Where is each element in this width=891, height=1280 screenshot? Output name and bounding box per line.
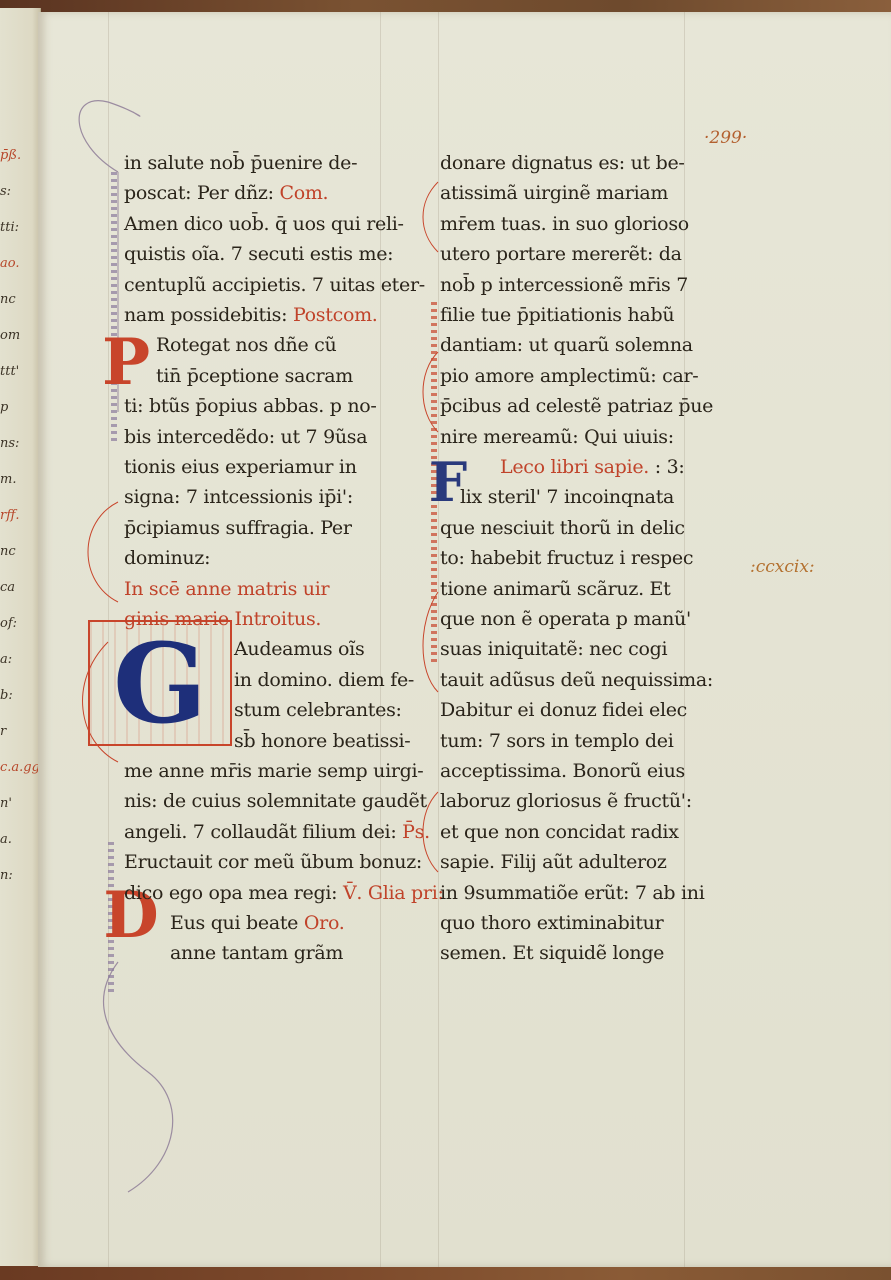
text-line: utero portare mererẽt: da bbox=[440, 243, 682, 265]
line-text: lix steril' 7 incoinqnata bbox=[460, 486, 674, 508]
line-text: et que non concidat radix bbox=[440, 821, 679, 843]
text-line: Audeamus oĩs bbox=[234, 638, 364, 660]
previous-leaf-fragment: s: bbox=[0, 184, 11, 199]
text-line: Amen dico uob̄. q̄ uos qui reli- bbox=[124, 213, 404, 235]
line-text: to: habebit fructuz i respec bbox=[440, 547, 693, 569]
text-line: p̄cipiamus suffragia. Per bbox=[124, 517, 352, 539]
text-line: laboruz gloriosus ẽ fructũ': bbox=[440, 790, 692, 812]
text-line: to: habebit fructuz i respec bbox=[440, 547, 693, 569]
line-text: p̄cibus ad celestẽ patriaz p̄ue bbox=[440, 395, 713, 417]
line-text: nis: de cuius solemnitate gaudẽt bbox=[124, 790, 427, 812]
text-line: tionis eius experiamur in bbox=[124, 456, 357, 478]
previous-leaf-fragment: a. bbox=[0, 832, 12, 847]
line-text: Eus qui beate bbox=[170, 912, 298, 934]
line-text: pio amore amplectimũ: car- bbox=[440, 365, 698, 387]
illuminated-initial-g: G bbox=[88, 620, 232, 746]
text-line: angeli. 7 collaudãt filium dei: P̄s. bbox=[124, 821, 430, 843]
line-text: tauit adũsus deũ nequissima: bbox=[440, 669, 713, 691]
text-line: nis: de cuius solemnitate gaudẽt bbox=[124, 790, 427, 812]
text-line: centuplũ accipietis. 7 uitas eter- bbox=[124, 274, 425, 296]
line-text: laboruz gloriosus ẽ fructũ': bbox=[440, 790, 692, 812]
text-line: in salute nob̄ p̄uenire de- bbox=[124, 152, 357, 174]
line-text: signa: 7 intcessionis ip̄i': bbox=[124, 486, 353, 508]
text-line: p̄cibus ad celestẽ patriaz p̄ue bbox=[440, 395, 713, 417]
text-line: atissimã uirginẽ mariam bbox=[440, 182, 668, 204]
line-text: anne tantam grãm bbox=[170, 942, 343, 964]
text-line: Dabitur ei donuz fidei elec bbox=[440, 699, 687, 721]
line-text: dantiam: ut quarũ solemna bbox=[440, 334, 693, 356]
text-line: in domino. diem fe- bbox=[234, 669, 414, 691]
text-line: tione animarũ scãruz. Et bbox=[440, 578, 670, 600]
line-text: sb̄ honore beatissi- bbox=[234, 730, 410, 752]
line-text: quo thoro extiminabitur bbox=[440, 912, 663, 934]
line-number-marker: : 3: bbox=[649, 456, 684, 478]
line-text: atissimã uirginẽ mariam bbox=[440, 182, 668, 204]
line-text: stum celebrantes: bbox=[234, 699, 402, 721]
text-line: sb̄ honore beatissi- bbox=[234, 730, 410, 752]
rubric-text: V̄. Glia pri: bbox=[337, 882, 443, 904]
previous-leaf-fragment: nc bbox=[0, 292, 16, 307]
line-text: mr̄em tuas. in suo glorioso bbox=[440, 213, 689, 235]
line-text: utero portare mererẽt: da bbox=[440, 243, 682, 265]
line-text: tin̄ p̄ceptione sacram bbox=[156, 365, 353, 387]
previous-leaf-fragment: r bbox=[0, 724, 6, 739]
text-line: tin̄ p̄ceptione sacram bbox=[156, 365, 353, 387]
text-line: ti: btũs p̄opius abbas. p no- bbox=[124, 395, 377, 417]
line-text: Eructauit cor meũ ũbum bonuz: bbox=[124, 851, 422, 873]
text-line: que non ẽ operata p manũ' bbox=[440, 608, 691, 630]
text-line: Rotegat nos dñe cũ bbox=[156, 334, 336, 356]
initial-stripe-decoration bbox=[111, 172, 117, 442]
line-text: semen. Et siquidẽ longe bbox=[440, 942, 664, 964]
previous-leaf-fragment: ns: bbox=[0, 436, 19, 451]
line-text: Audeamus oĩs bbox=[234, 638, 364, 660]
rubric-text: ginis marie Introitus. bbox=[124, 608, 321, 630]
previous-leaf-edge: p̄ß.s:tti:ao.ncomttt'pns:m.rff.nccaof:a:… bbox=[0, 8, 41, 1266]
previous-leaf-fragment: m. bbox=[0, 472, 16, 487]
previous-leaf-fragment: ao. bbox=[0, 256, 19, 271]
text-line: et que non concidat radix bbox=[440, 821, 679, 843]
line-text: tione animarũ scãruz. Et bbox=[440, 578, 670, 600]
text-line: bis intercedẽdo: ut 7 9ũsa bbox=[124, 426, 367, 448]
line-text: dominuz: bbox=[124, 547, 210, 569]
ruling-line bbox=[684, 12, 685, 1267]
illuminated-initial-p: P bbox=[98, 330, 154, 394]
text-line: pio amore amplectimũ: car- bbox=[440, 365, 698, 387]
line-text: Amen dico uob̄. q̄ uos qui reli- bbox=[124, 213, 404, 235]
previous-leaf-fragment: n: bbox=[0, 868, 13, 883]
ruling-line bbox=[380, 12, 381, 1267]
previous-leaf-fragment: p bbox=[0, 400, 8, 415]
line-text: que nesciuit thorũ in delic bbox=[440, 517, 685, 539]
text-line: Eructauit cor meũ ũbum bonuz: bbox=[124, 851, 422, 873]
line-text: in domino. diem fe- bbox=[234, 669, 414, 691]
line-text: bis intercedẽdo: ut 7 9ũsa bbox=[124, 426, 367, 448]
folio-number: ·299· bbox=[704, 128, 747, 148]
text-line: que nesciuit thorũ in delic bbox=[440, 517, 685, 539]
text-line: nob̄ p intercessionẽ mr̄is 7 bbox=[440, 274, 688, 296]
text-line: poscat: Per dñz: Com. bbox=[124, 182, 328, 204]
text-line: dominuz: bbox=[124, 547, 210, 569]
line-text: tionis eius experiamur in bbox=[124, 456, 357, 478]
previous-leaf-fragment: p̄ß. bbox=[0, 148, 21, 163]
line-text: sapie. Filij aũt adulteroz bbox=[440, 851, 667, 873]
text-line: sapie. Filij aũt adulteroz bbox=[440, 851, 667, 873]
text-line: anne tantam grãm bbox=[170, 942, 343, 964]
text-line: mr̄em tuas. in suo glorioso bbox=[440, 213, 689, 235]
text-line: me anne mr̄is marie semp uirgi- bbox=[124, 760, 423, 782]
text-line: dantiam: ut quarũ solemna bbox=[440, 334, 693, 356]
text-line: donare dignatus es: ut be- bbox=[440, 152, 685, 174]
line-text: filie tue p̄pitiationis habũ bbox=[440, 304, 674, 326]
previous-leaf-fragment: b: bbox=[0, 688, 13, 703]
rubric-text: Com. bbox=[274, 182, 329, 204]
text-line: tauit adũsus deũ nequissima: bbox=[440, 669, 713, 691]
rubric-text: In scē anne matris uir bbox=[124, 578, 329, 600]
line-text: tum: 7 sors in templo dei bbox=[440, 730, 673, 752]
text-line: suas iniquitatẽ: nec cogi bbox=[440, 638, 667, 660]
line-text: acceptissima. Bonorũ eius bbox=[440, 760, 685, 782]
line-text: quistis oĩa. 7 secuti estis me: bbox=[124, 243, 393, 265]
line-text: nob̄ p intercessionẽ mr̄is 7 bbox=[440, 274, 688, 296]
line-text: ti: btũs p̄opius abbas. p no- bbox=[124, 395, 377, 417]
manuscript-page: ·299· :ccxcix: P G D F in salute nob̄ p̄… bbox=[38, 12, 891, 1267]
previous-leaf-fragment: of: bbox=[0, 616, 17, 631]
text-line: ginis marie Introitus. bbox=[124, 608, 321, 630]
previous-leaf-fragment: a: bbox=[0, 652, 12, 667]
line-text: que non ẽ operata p manũ' bbox=[440, 608, 691, 630]
text-line: Eus qui beate Oro. bbox=[170, 912, 344, 934]
line-text: angeli. 7 collaudãt filium dei: bbox=[124, 821, 396, 843]
rubric-text: Oro. bbox=[298, 912, 344, 934]
line-text: me anne mr̄is marie semp uirgi- bbox=[124, 760, 423, 782]
line-text: centuplũ accipietis. 7 uitas eter- bbox=[124, 274, 425, 296]
line-text: p̄cipiamus suffragia. Per bbox=[124, 517, 352, 539]
previous-leaf-fragment: ca bbox=[0, 580, 15, 595]
previous-leaf-fragment: n' bbox=[0, 796, 12, 811]
text-line: filie tue p̄pitiationis habũ bbox=[440, 304, 674, 326]
line-text: in 9summatiõe erũt: 7 ab ini bbox=[440, 882, 705, 904]
previous-leaf-fragment: tti: bbox=[0, 220, 19, 235]
line-text: suas iniquitatẽ: nec cogi bbox=[440, 638, 667, 660]
line-text: dico ego opa mea regi: bbox=[124, 882, 337, 904]
line-text: poscat: Per dñz: bbox=[124, 182, 274, 204]
text-line: semen. Et siquidẽ longe bbox=[440, 942, 664, 964]
line-text: nam possidebitis: bbox=[124, 304, 287, 326]
previous-leaf-fragment: ttt' bbox=[0, 364, 19, 379]
previous-leaf-fragment: nc bbox=[0, 544, 16, 559]
text-line: quistis oĩa. 7 secuti estis me: bbox=[124, 243, 393, 265]
rubric-text: P̄s. bbox=[396, 821, 429, 843]
text-line: acceptissima. Bonorũ eius bbox=[440, 760, 685, 782]
text-line: nam possidebitis: Postcom. bbox=[124, 304, 378, 326]
text-line: lix steril' 7 incoinqnata bbox=[460, 486, 674, 508]
text-line: quo thoro extiminabitur bbox=[440, 912, 663, 934]
previous-leaf-fragment: om bbox=[0, 328, 20, 343]
line-text: Dabitur ei donuz fidei elec bbox=[440, 699, 687, 721]
rubric-text: Postcom. bbox=[287, 304, 377, 326]
line-text: donare dignatus es: ut be- bbox=[440, 152, 685, 174]
previous-leaf-fragment: rff. bbox=[0, 508, 20, 523]
margin-note-roman-numeral: :ccxcix: bbox=[750, 557, 815, 577]
rubric-text: Leco libri sapie. bbox=[500, 456, 649, 478]
text-line: in 9summatiõe erũt: 7 ab ini bbox=[440, 882, 705, 904]
text-line: dico ego opa mea regi: V̄. Glia pri: bbox=[124, 882, 444, 904]
text-line: nire mereamũ: Qui uiuis: bbox=[440, 426, 674, 448]
text-line: Leco libri sapie. : 3: bbox=[500, 456, 684, 478]
line-text: Rotegat nos dñe cũ bbox=[156, 334, 336, 356]
text-line: In scē anne matris uir bbox=[124, 578, 329, 600]
line-text: in salute nob̄ p̄uenire de- bbox=[124, 152, 357, 174]
text-line: stum celebrantes: bbox=[234, 699, 402, 721]
text-line: signa: 7 intcessionis ip̄i': bbox=[124, 486, 353, 508]
line-text: nire mereamũ: Qui uiuis: bbox=[440, 426, 674, 448]
text-line: tum: 7 sors in templo dei bbox=[440, 730, 673, 752]
previous-leaf-fragment: c.a.ggccbo; bbox=[0, 760, 41, 775]
